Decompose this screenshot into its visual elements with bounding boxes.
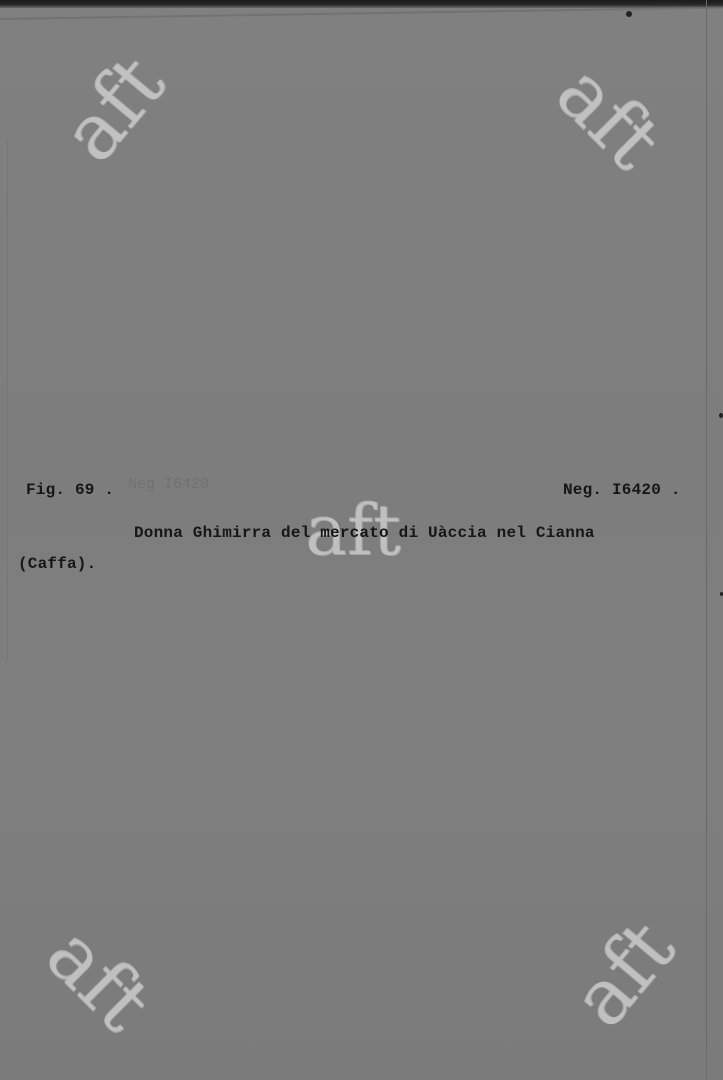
caption-line-2: (Caffa). <box>18 555 96 573</box>
scan-top-edge <box>0 0 723 8</box>
page-right-edge <box>706 0 707 1080</box>
figure-label: Fig. 69 . <box>26 481 114 499</box>
ink-speck <box>719 413 723 418</box>
page-left-edge <box>7 140 8 660</box>
negative-number: Neg. I6420 . <box>563 481 681 499</box>
ink-speck <box>626 11 632 17</box>
caption-line-1: Donna Ghimirra del mercato di Uàccia nel… <box>134 524 595 542</box>
show-through-text: Neg I6420 <box>128 476 209 493</box>
